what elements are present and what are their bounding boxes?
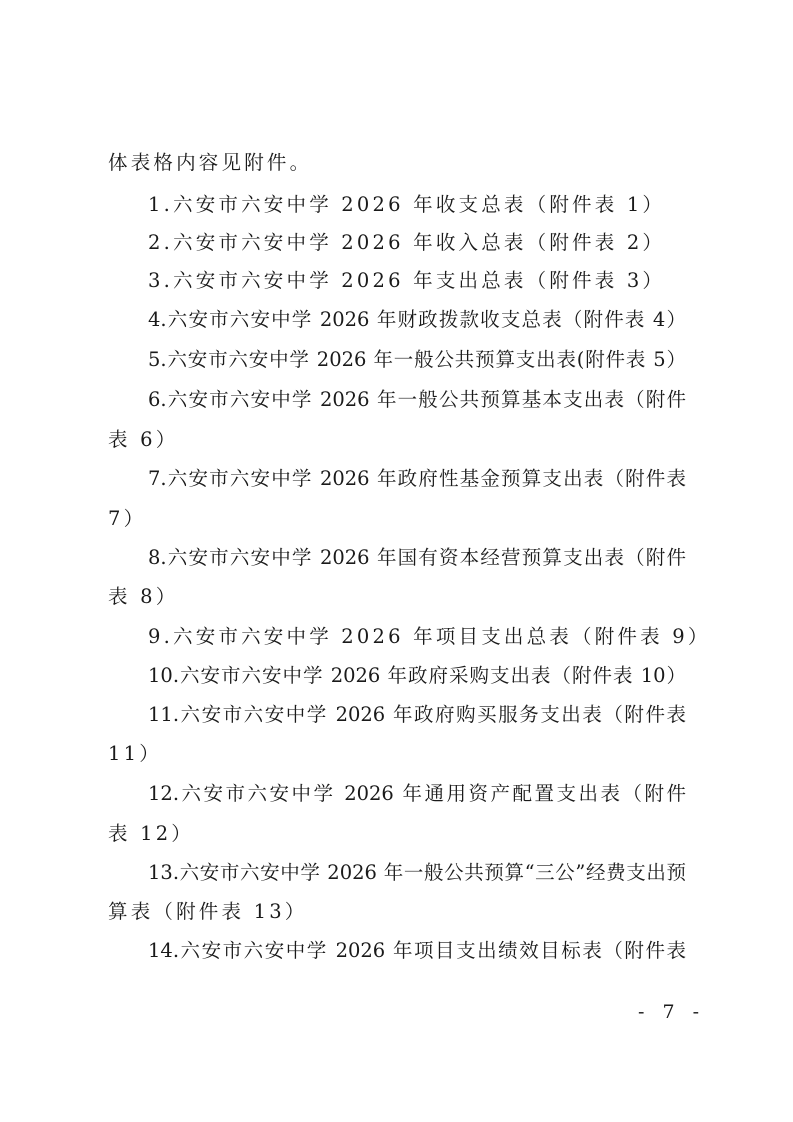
document-page: 体表格内容见附件。1.六安市六安中学 2026 年收支总表（附件表 1）2.六安…: [0, 0, 793, 1122]
attachment-list-line: 12.六安市六安中学 2026 年通用资产配置支出表（附件: [148, 782, 686, 806]
attachment-list-line: 9.六安市六安中学 2026 年项目支出总表（附件表 9）: [148, 625, 686, 649]
attachment-list-line: 1.六安市六安中学 2026 年收支总表（附件表 1）: [148, 193, 686, 217]
attachment-list-line: 2.六安市六安中学 2026 年收入总表（附件表 2）: [148, 231, 686, 255]
attachment-list-line: 4.六安市六安中学 2026 年财政拨款收支总表（附件表 4）: [148, 308, 686, 332]
attachment-list-line: 11.六安市六安中学 2026 年政府购买服务支出表（附件表: [148, 703, 686, 727]
page-number: - 7 -: [638, 1000, 705, 1024]
paragraph-continuation: 体表格内容见附件。: [108, 151, 686, 175]
attachment-list-line: 算表（附件表 13）: [108, 900, 686, 924]
attachment-list-line: 8.六安市六安中学 2026 年国有资本经营预算支出表（附件: [148, 546, 686, 570]
attachment-list-line: 表 6）: [108, 428, 686, 452]
attachment-list-line: 表 8）: [108, 585, 686, 609]
attachment-list-line: 14.六安市六安中学 2026 年项目支出绩效目标表（附件表: [148, 939, 686, 963]
attachment-list-line: 表 12）: [108, 822, 686, 846]
attachment-list-line: 13.六安市六安中学 2026 年一般公共预算“三公”经费支出预: [148, 861, 686, 885]
attachment-list-line: 6.六安市六安中学 2026 年一般公共预算基本支出表（附件: [148, 388, 686, 412]
attachment-list-line: 5.六安市六安中学 2026 年一般公共预算支出表(附件表 5）: [148, 348, 686, 372]
attachment-list-line: 10.六安市六安中学 2026 年政府采购支出表（附件表 10）: [148, 664, 686, 688]
attachment-list-line: 7）: [108, 507, 686, 531]
attachment-list-line: 7.六安市六安中学 2026 年政府性基金预算支出表（附件表: [148, 467, 686, 491]
attachment-list-line: 11）: [108, 742, 686, 766]
attachment-list-line: 3.六安市六安中学 2026 年支出总表（附件表 3）: [148, 269, 686, 293]
